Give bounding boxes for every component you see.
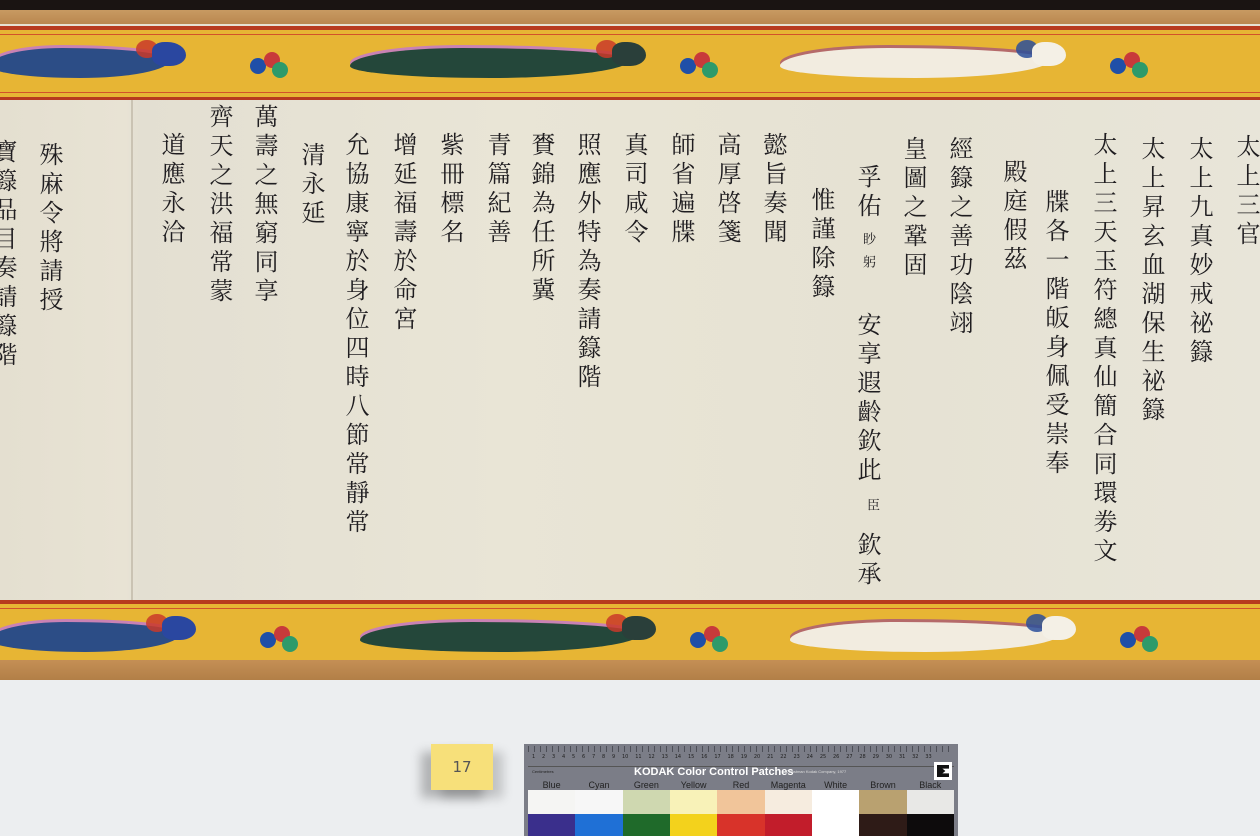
calligraphy-column: 增延福壽於命宮 bbox=[388, 132, 418, 335]
calligraphy-column: 允協康寧於身位四時八節常靜常 bbox=[340, 132, 370, 538]
calligraphy-column: 齊天之洪福常蒙 bbox=[204, 104, 234, 307]
ruler-tick-label: 32 bbox=[912, 754, 918, 760]
calligraphy-column: 照應外特為奏請籙階 bbox=[572, 132, 602, 393]
calligraphy-panel: 太上三官太上九真妙戒祕籙太上昇玄血湖保生祕籙太上三天玉符總真仙簡合同環劵文牒各一… bbox=[0, 100, 1260, 600]
patch-dark-brown bbox=[859, 814, 906, 836]
patch-light-brown bbox=[859, 790, 906, 814]
cloud-icon bbox=[1110, 50, 1156, 82]
ruler-tick-label: 5 bbox=[572, 754, 575, 760]
kodak-logo-icon bbox=[934, 762, 952, 780]
ruler-tick-label: 24 bbox=[807, 754, 813, 760]
patch-label: Yellow bbox=[670, 780, 717, 790]
ruler-tick-label: 23 bbox=[793, 754, 799, 760]
sticky-note-label: 17 bbox=[431, 744, 493, 790]
ruler-tick-label: 2 bbox=[542, 754, 545, 760]
ruler-tick-label: 17 bbox=[714, 754, 720, 760]
patch-light-magenta bbox=[765, 790, 812, 814]
patch-dark-green bbox=[623, 814, 670, 836]
calligraphy-column: 賚錦為任所冀 bbox=[526, 132, 556, 306]
patch-dark-blue bbox=[528, 814, 575, 836]
cloud-icon bbox=[690, 624, 736, 656]
patch-label: Brown bbox=[859, 780, 906, 790]
paper-seam bbox=[131, 100, 133, 600]
patch-dark-yellow bbox=[670, 814, 717, 836]
kodak-color-chart: 1234567891011121314151617181920212223242… bbox=[524, 744, 958, 836]
patch-light-black bbox=[907, 790, 954, 814]
patch-light-red bbox=[717, 790, 764, 814]
patch-dark-black bbox=[907, 814, 954, 836]
ruler-tick-label: 22 bbox=[780, 754, 786, 760]
patch-dark-red bbox=[717, 814, 764, 836]
ruler-tick-label: 21 bbox=[767, 754, 773, 760]
ruler-tick-label: 9 bbox=[612, 754, 615, 760]
cloud-icon bbox=[250, 50, 296, 82]
ruler-tick-label: 29 bbox=[873, 754, 879, 760]
calligraphy-column: 孚佑 bbox=[852, 164, 882, 222]
calligraphy-column: 眇躬 bbox=[852, 232, 882, 278]
patch-label: Black bbox=[907, 780, 954, 790]
calligraphy-column: 牒各一階皈身佩受崇奉 bbox=[1040, 189, 1070, 479]
ruler-tick-label: 7 bbox=[592, 754, 595, 760]
scroll-bottom-edge bbox=[0, 660, 1260, 680]
patch-dark-magenta bbox=[765, 814, 812, 836]
calligraphy-column: 殿庭假茲 bbox=[998, 159, 1028, 275]
chart-copyright: ©Eastman Kodak Company, 1977 bbox=[786, 769, 846, 774]
cloud-icon bbox=[260, 624, 306, 656]
calligraphy-column: 紫冊標名 bbox=[435, 132, 465, 248]
calligraphy-column: 安享遐齡欽此 bbox=[852, 312, 882, 486]
ruler-tick-label: 30 bbox=[886, 754, 892, 760]
calligraphy-column: 懿旨奏聞 bbox=[758, 132, 788, 248]
ruler-tick-label: 4 bbox=[562, 754, 565, 760]
calligraphy-column: 殊麻令將請授 bbox=[34, 142, 64, 316]
cloud-icon bbox=[680, 50, 726, 82]
calligraphy-column: 臣 bbox=[856, 498, 886, 521]
ruler-tick-label: 6 bbox=[582, 754, 585, 760]
patch-label: Magenta bbox=[765, 780, 812, 790]
ruler-tick-label: 10 bbox=[622, 754, 628, 760]
patch-label: Cyan bbox=[575, 780, 622, 790]
patch-light-blue bbox=[528, 790, 575, 814]
calligraphy-column: 道應永洽 bbox=[156, 132, 186, 248]
calligraphy-column: 師省遍牒 bbox=[666, 132, 696, 248]
ruler-tick-label: 26 bbox=[833, 754, 839, 760]
ruler-tick-label: 25 bbox=[820, 754, 826, 760]
ruler-tick-label: 27 bbox=[846, 754, 852, 760]
ruler-tick-label: 16 bbox=[701, 754, 707, 760]
calligraphy-column: 清永延 bbox=[296, 142, 326, 229]
patch-dark-white bbox=[812, 814, 859, 836]
patch-label: Blue bbox=[528, 780, 575, 790]
patch-light-cyan bbox=[575, 790, 622, 814]
patch-row-dark bbox=[528, 814, 954, 836]
calligraphy-column: 皇圖之鞏固 bbox=[898, 136, 928, 281]
ruler-tick-label: 1 bbox=[532, 754, 535, 760]
color-patches bbox=[528, 790, 954, 836]
patch-light-green bbox=[623, 790, 670, 814]
ruler-tick-label: 8 bbox=[602, 754, 605, 760]
ruler-tick-label: 28 bbox=[859, 754, 865, 760]
patch-dark-cyan bbox=[575, 814, 622, 836]
calligraphy-column: 太上三天玉符總真仙簡合同環劵文 bbox=[1088, 132, 1118, 567]
ruler-tick-label: 18 bbox=[728, 754, 734, 760]
ruler-tick-label: 13 bbox=[662, 754, 668, 760]
calligraphy-column: 惟謹除籙 bbox=[806, 187, 836, 303]
calligraphy-column: 高厚啓箋 bbox=[712, 132, 742, 248]
dark-background-strip bbox=[0, 0, 1260, 10]
ruler-tick-label: 19 bbox=[741, 754, 747, 760]
patch-light-yellow bbox=[670, 790, 717, 814]
calligraphy-column: 萬壽之無窮同享 bbox=[249, 104, 279, 307]
calligraphy-column: 欽承 bbox=[852, 532, 882, 590]
handscroll: 太上三官太上九真妙戒祕籙太上昇玄血湖保生祕籙太上三天玉符總真仙簡合同環劵文牒各一… bbox=[0, 10, 1260, 680]
calligraphy-column: 太上三官 bbox=[1231, 134, 1260, 250]
calligraphy-column: 太上九真妙戒祕籙 bbox=[1184, 136, 1214, 368]
calligraphy-column: 青篇紀善 bbox=[482, 132, 512, 248]
patch-labels: BlueCyanGreenYellowRedMagentaWhiteBrownB… bbox=[528, 780, 954, 790]
cloud-icon bbox=[1120, 624, 1166, 656]
patch-label: Red bbox=[717, 780, 764, 790]
calligraphy-column: 太上昇玄血湖保生祕籙 bbox=[1136, 136, 1166, 426]
scroll-top-edge bbox=[0, 10, 1260, 24]
ruler-tick-label: 15 bbox=[688, 754, 694, 760]
patch-label: White bbox=[812, 780, 859, 790]
ruler-tick-label: 12 bbox=[648, 754, 654, 760]
ruler-tick-label: 3 bbox=[552, 754, 555, 760]
calligraphy-column: 寶籙品目奏請籙階 bbox=[0, 139, 18, 371]
patch-light-white bbox=[812, 790, 859, 814]
calligraphy-column: 真司咸令 bbox=[619, 132, 649, 248]
calligraphy-column: 經籙之善功陰翊 bbox=[944, 136, 974, 339]
ruler-tick-label: 14 bbox=[675, 754, 681, 760]
ruler-tick-label: 11 bbox=[635, 754, 641, 760]
chart-unit-label: Centimetres bbox=[532, 769, 554, 774]
patch-label: Green bbox=[623, 780, 670, 790]
ruler-tick-label: 33 bbox=[925, 754, 931, 760]
ruler-tick-label: 31 bbox=[899, 754, 905, 760]
ruler-tick-label: 20 bbox=[754, 754, 760, 760]
ruler-numbers: 1234567891011121314151617181920212223242… bbox=[532, 754, 932, 760]
patch-row-light bbox=[528, 790, 954, 814]
top-dragon-border bbox=[0, 26, 1260, 100]
chart-title: KODAK Color Control Patches bbox=[634, 766, 794, 778]
